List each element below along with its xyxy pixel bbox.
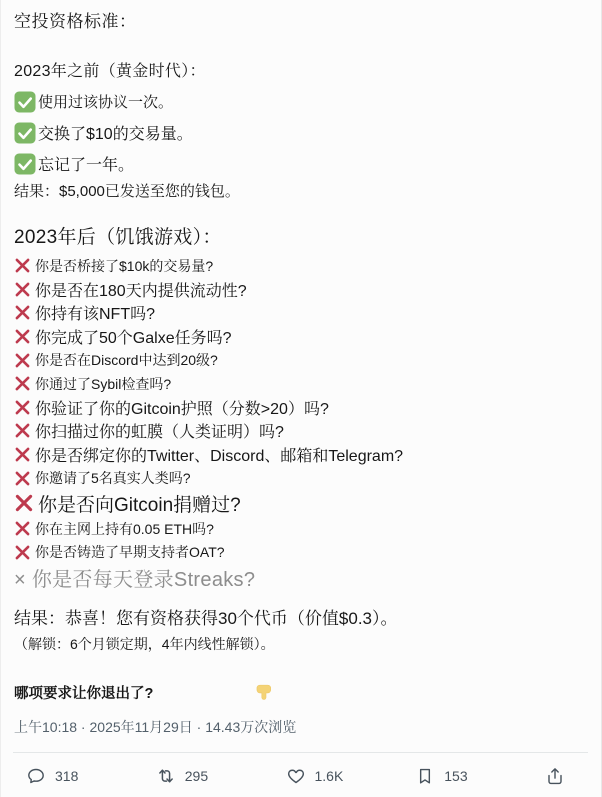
hunger-checklist-item: 你邀请了5名真实人类吗? <box>14 466 587 490</box>
tweet-post: 空投资格标准： 2023年之前（黄金时代）： 使用过该协议一次。 交换了$10的… <box>1 0 601 797</box>
repost-icon <box>156 766 176 786</box>
question-row: 哪项要求让你退出了? <box>14 680 587 704</box>
check-icon <box>14 153 36 175</box>
checklist-item-label: 你是否在180天内提供流动性? <box>35 278 247 301</box>
hunger-checklist-item: 你是否在Discord中达到20级? <box>14 348 587 372</box>
hunger-checklist-item: 你在主网上持有0.05 ETH吗? <box>14 517 587 541</box>
hunger-checklist-item: 你是否在180天内提供流动性? <box>14 278 587 302</box>
cross-icon <box>14 328 31 345</box>
golden-checklist-item: 使用过该协议一次。 <box>14 86 587 117</box>
hunger-checklist-item: 你持有该NFT吗? <box>14 301 587 325</box>
views-count: 14.43万次浏览 <box>205 719 296 735</box>
checklist-item-label: 你扫描过你的虹膜（人类证明）吗? <box>35 419 284 442</box>
cross-icon <box>14 257 31 274</box>
checklist-item-label: 你在主网上持有0.05 ETH吗? <box>35 519 214 539</box>
checklist-item-label: 忘记了一年。 <box>38 152 134 175</box>
checklist-item-label: 你是否铸造了早期支持者OAT? <box>35 542 225 562</box>
unlock-note: （解锁：6个月锁定期，4年内线性解锁）。 <box>14 634 587 654</box>
hunger-checklist-item: 你是否铸造了早期支持者OAT? <box>14 541 587 565</box>
share-button[interactable] <box>545 766 565 786</box>
bookmark-count: 153 <box>444 768 467 784</box>
post-title: 空投资格标准： <box>14 10 587 34</box>
final-result: 结果：恭喜！您有资格获得30个代币（价值$0.3）。 <box>14 607 587 631</box>
checklist-item-label: 使用过该协议一次。 <box>38 91 173 112</box>
hunger-checklist-item: 你扫描过你的虹膜（人类证明）吗? <box>14 419 587 443</box>
reply-icon <box>26 766 46 786</box>
hunger-games-checklist: 你是否桥接了$10k的交易量? 你是否在180天内提供流动性? 你持有该NFT吗… <box>14 254 587 564</box>
reply-count: 318 <box>55 768 78 784</box>
checklist-item-label: 你验证了你的Gitcoin护照（分数>20）吗? <box>35 396 329 419</box>
check-icon <box>14 122 36 144</box>
golden-era-checklist: 使用过该协议一次。 交换了$10的交易量。 忘记了一年。 <box>14 86 587 179</box>
checklist-item-label: 你是否绑定你的Twitter、Discord、邮箱和Telegram? <box>35 443 403 466</box>
reply-button[interactable]: 318 <box>26 766 156 786</box>
cross-icon <box>14 422 31 439</box>
heart-icon <box>286 766 306 786</box>
repost-button[interactable]: 295 <box>156 766 286 786</box>
hunger-checklist-item: 你验证了你的Gitcoin护照（分数>20）吗? <box>14 396 587 420</box>
golden-checklist-item: 交换了$10的交易量。 <box>14 117 587 148</box>
bookmark-icon <box>415 766 435 786</box>
cross-icon <box>14 399 31 416</box>
like-button[interactable]: 1.6K <box>286 766 416 786</box>
checklist-item-label: 你是否桥接了$10k的交易量? <box>35 256 213 276</box>
golden-era-heading: 2023年之前（黄金时代）： <box>14 61 587 83</box>
share-icon <box>545 766 565 786</box>
hunger-checklist-item: 你通过了Sybil检查吗? <box>14 372 587 396</box>
muted-checklist-item: × 你是否每天登录Streaks? <box>14 564 587 591</box>
golden-era-result: 结果：$5,000已发送至您的钱包。 <box>14 182 587 202</box>
cross-icon <box>14 520 31 537</box>
cross-icon <box>14 544 31 561</box>
cross-icon <box>14 493 34 513</box>
golden-checklist-item: 忘记了一年。 <box>14 148 587 179</box>
hunger-checklist-item: 你是否向Gitcoin捐赠过? <box>14 490 587 517</box>
checklist-item-label: 你完成了50个Galxe任务吗? <box>35 325 232 348</box>
post-date: 2025年11月29日 <box>90 719 193 735</box>
hunger-checklist-item: 你是否桥接了$10k的交易量? <box>14 254 587 278</box>
cross-icon <box>14 281 31 298</box>
checklist-item-label: 你持有该NFT吗? <box>35 301 155 324</box>
point-down-icon <box>253 681 275 703</box>
question-text: 哪项要求让你退出了? <box>14 682 153 703</box>
hunger-checklist-item: 你是否绑定你的Twitter、Discord、邮箱和Telegram? <box>14 443 587 467</box>
action-bar: 318 295 1.6K <box>14 753 587 797</box>
hunger-checklist-item: 你完成了50个Galxe任务吗? <box>14 325 587 349</box>
hunger-games-heading: 2023年后（饥饿游戏）： <box>14 225 587 251</box>
meta-separator: · <box>77 719 89 735</box>
cross-icon <box>14 470 31 487</box>
like-count: 1.6K <box>315 768 344 784</box>
checklist-item-label: 交换了$10的交易量。 <box>38 121 193 144</box>
checklist-item-label: 你是否在Discord中达到20级? <box>35 350 218 370</box>
checklist-item-label: 你通过了Sybil检查吗? <box>35 374 171 394</box>
cross-icon <box>14 375 31 392</box>
cross-icon <box>14 352 31 369</box>
checklist-item-label: 你是否向Gitcoin捐赠过? <box>38 490 241 517</box>
cross-icon <box>14 304 31 321</box>
cross-icon <box>14 446 31 463</box>
checklist-item-label: 你邀请了5名真实人类吗? <box>35 468 191 488</box>
post-time: 上午10:18 <box>14 719 77 735</box>
meta-separator: · <box>193 719 205 735</box>
timestamp-link[interactable]: 上午10:18 · 2025年11月29日 · 14.43万次浏览 <box>14 717 587 737</box>
repost-count: 295 <box>185 768 208 784</box>
check-icon <box>14 91 36 113</box>
bookmark-button[interactable]: 153 <box>415 766 545 786</box>
